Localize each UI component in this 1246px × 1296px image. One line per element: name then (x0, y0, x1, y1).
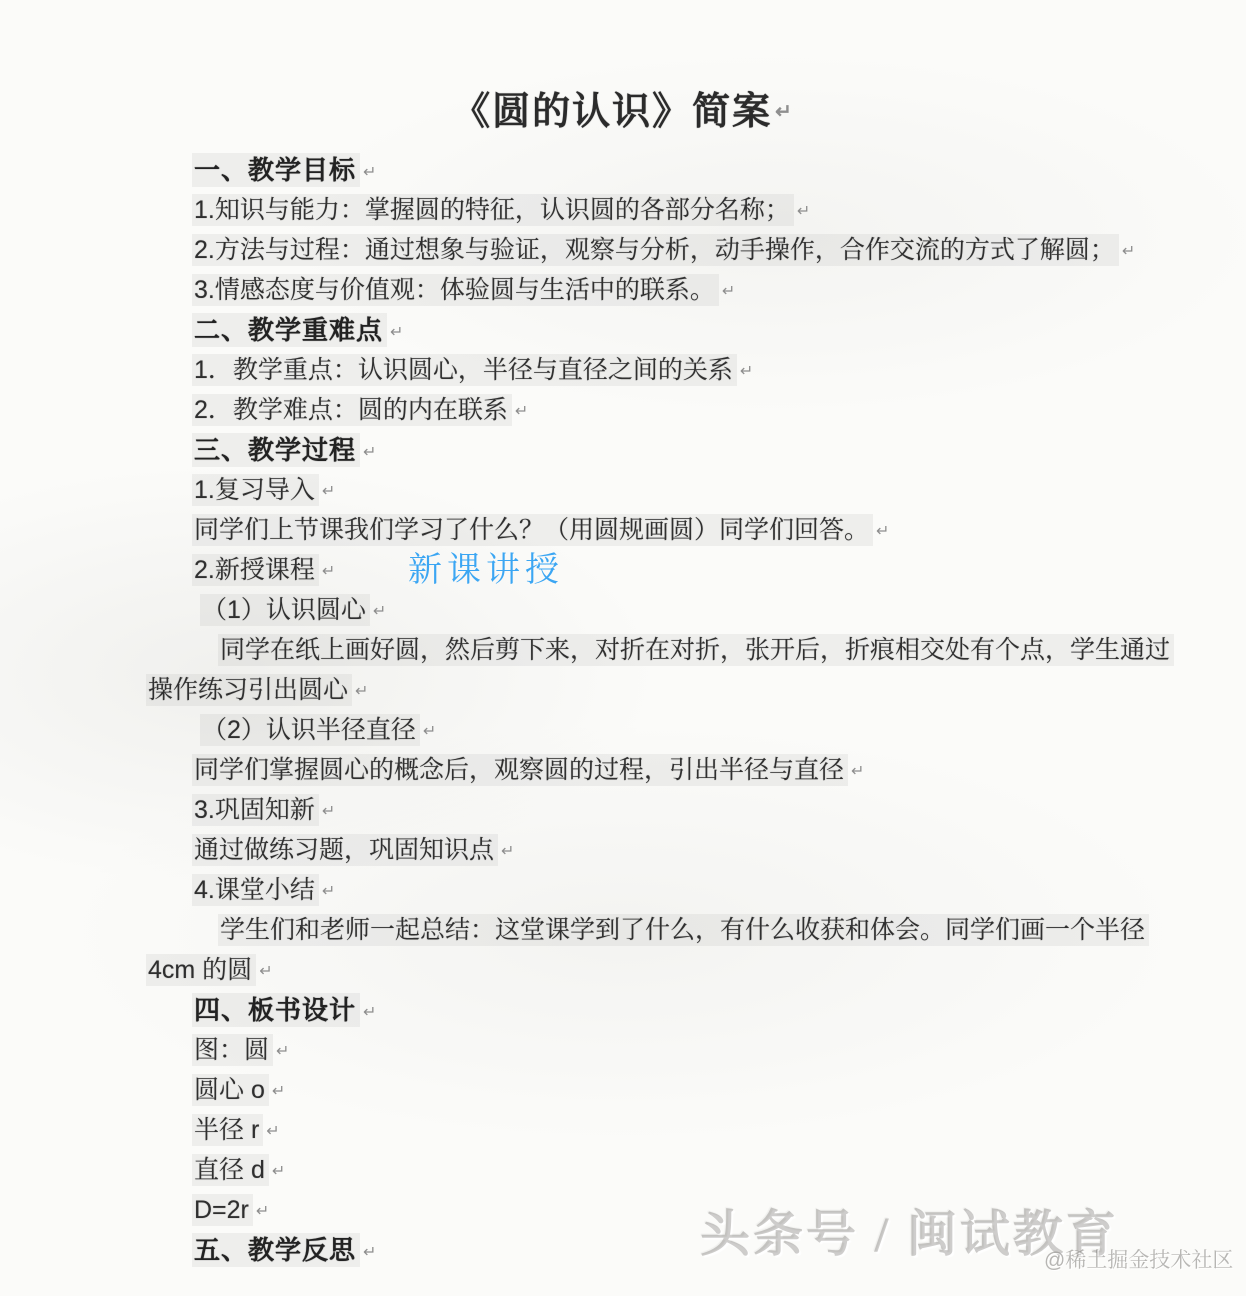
line-text: 4.课堂小结 (192, 874, 319, 906)
line-text: 三、教学过程 (192, 433, 360, 467)
document-text-line: 4cm 的圆↵ (0, 950, 1246, 990)
paragraph-mark-icon: ↵ (272, 1083, 285, 1100)
blue-annotation-text: 新课讲授 (408, 550, 564, 590)
line-text: 图：圆 (192, 1034, 273, 1066)
line-text: 同学们上节课我们学习了什么？（用圆规画圆）同学们回答。 (192, 514, 873, 546)
line-text: 四、板书设计 (192, 993, 360, 1027)
document-text-line: 1.复习导入↵ (0, 470, 1246, 510)
paragraph-mark-icon: ↵ (363, 444, 376, 461)
document-text-line: 操作练习引出圆心↵ (0, 670, 1246, 710)
document-text-line: 4.课堂小结↵ (0, 870, 1246, 910)
line-text: 圆心 o (192, 1074, 269, 1106)
paragraph-mark-icon: ↵ (272, 1163, 285, 1180)
paragraph-mark-icon: ↵ (322, 563, 335, 580)
paragraph-mark-icon: ↵ (259, 963, 272, 980)
paragraph-mark-icon: ↵ (322, 883, 335, 900)
paragraph-mark-icon: ↵ (363, 1244, 376, 1261)
paragraph-mark-icon: ↵ (722, 283, 735, 300)
document-text-line: 图：圆↵ (0, 1030, 1246, 1070)
paragraph-mark-icon: ↵ (851, 763, 864, 780)
paragraph-mark-icon: ↵ (373, 603, 386, 620)
document-text-line: （1）认识圆心↵ (0, 590, 1246, 630)
paragraph-mark-icon: ↵ (515, 403, 528, 420)
line-text: （2）认识半径直径 (200, 714, 420, 746)
line-text: 2.方法与过程：通过想象与验证，观察与分析，动手操作，合作交流的方式了解圆； (192, 234, 1119, 266)
document-heading-line: 四、板书设计↵ (0, 990, 1246, 1030)
paragraph-mark-icon: ↵ (363, 164, 376, 181)
document-text-line: 2.新授课程↵新课讲授 (0, 550, 1246, 590)
document-text-line: 2.方法与过程：通过想象与验证，观察与分析，动手操作，合作交流的方式了解圆；↵ (0, 230, 1246, 270)
paragraph-mark-icon: ↵ (266, 1123, 279, 1140)
line-text: 五、教学反思 (192, 1233, 360, 1267)
document-heading-line: 二、教学重难点↵ (0, 310, 1246, 350)
document-heading-line: 一、教学目标↵ (0, 150, 1246, 190)
document-title-text: 《圆的认识》简案 (452, 91, 772, 133)
paragraph-mark-icon: ↵ (363, 1004, 376, 1021)
document-text-line: 学生们和老师一起总结：这堂课学到了什么，有什么收获和体会。同学们画一个半径 (0, 910, 1246, 950)
paragraph-mark-icon: ↵ (876, 523, 889, 540)
paragraph-mark-icon: ↵ (256, 1203, 269, 1220)
line-text: 1.复习导入 (192, 474, 319, 506)
line-text: 半径 r (192, 1114, 263, 1146)
document-text-line: 半径 r↵ (0, 1110, 1246, 1150)
document-text-line: 同学们上节课我们学习了什么？（用圆规画圆）同学们回答。↵ (0, 510, 1246, 550)
line-text: 同学在纸上画好圆，然后剪下来，对折在对折，张开后，折痕相交处有个点，学生通过 (218, 634, 1174, 666)
line-text: D=2r (192, 1194, 253, 1226)
document-text-line: 直径 d↵ (0, 1150, 1246, 1190)
document-text-line: 通过做练习题，巩固知识点↵ (0, 830, 1246, 870)
line-text: 3.情感态度与价值观：体验圆与生活中的联系。 (192, 274, 719, 306)
line-text: 一、教学目标 (192, 153, 360, 187)
watermark-corner: @稀土掘金技术社区 (1044, 1244, 1233, 1274)
line-text: 二、教学重难点 (192, 313, 387, 347)
paragraph-mark-icon: ↵ (423, 723, 436, 740)
document-text-line: 3.巩固知新↵ (0, 790, 1246, 830)
document-heading-line: 三、教学过程↵ (0, 430, 1246, 470)
line-text: 通过做练习题，巩固知识点 (192, 834, 498, 866)
document-text-line: 3.情感态度与价值观：体验圆与生活中的联系。↵ (0, 270, 1246, 310)
document-text-line: （2）认识半径直径↵ (0, 710, 1246, 750)
line-text: 同学们掌握圆心的概念后，观察圆的过程，引出半径与直径 (192, 754, 848, 786)
line-text: 1．教学重点：认识圆心，半径与直径之间的关系 (192, 354, 737, 386)
document-body: 一、教学目标↵1.知识与能力：掌握圆的特征，认识圆的各部分名称；↵2.方法与过程… (0, 150, 1246, 1270)
document-text-line: 1.知识与能力：掌握圆的特征，认识圆的各部分名称；↵ (0, 190, 1246, 230)
paragraph-mark-icon: ↵ (390, 324, 403, 341)
document-text-line: 同学在纸上画好圆，然后剪下来，对折在对折，张开后，折痕相交处有个点，学生通过 (0, 630, 1246, 670)
document-title: 《圆的认识》简案↵ (0, 80, 1246, 135)
paragraph-mark-icon: ↵ (775, 101, 794, 123)
paragraph-mark-icon: ↵ (322, 803, 335, 820)
line-text: 直径 d (192, 1154, 269, 1186)
line-text: 1.知识与能力：掌握圆的特征，认识圆的各部分名称； (192, 194, 794, 226)
paragraph-mark-icon: ↵ (276, 1043, 289, 1060)
paragraph-mark-icon: ↵ (740, 363, 753, 380)
document-text-line: 2．教学难点：圆的内在联系↵ (0, 390, 1246, 430)
paragraph-mark-icon: ↵ (797, 203, 810, 220)
line-text: 2．教学难点：圆的内在联系 (192, 394, 512, 426)
line-text: 2.新授课程 (192, 554, 319, 586)
paragraph-mark-icon: ↵ (501, 843, 514, 860)
line-text: 4cm 的圆 (146, 954, 256, 986)
paragraph-mark-icon: ↵ (1122, 243, 1135, 260)
line-text: 操作练习引出圆心 (146, 674, 352, 706)
line-text: （1）认识圆心 (200, 594, 370, 626)
paragraph-mark-icon: ↵ (355, 683, 368, 700)
paragraph-mark-icon: ↵ (322, 483, 335, 500)
line-text: 学生们和老师一起总结：这堂课学到了什么，有什么收获和体会。同学们画一个半径 (218, 914, 1149, 946)
line-text: 3.巩固知新 (192, 794, 319, 826)
document-text-line: 1．教学重点：认识圆心，半径与直径之间的关系↵ (0, 350, 1246, 390)
document-text-line: 同学们掌握圆心的概念后，观察圆的过程，引出半径与直径↵ (0, 750, 1246, 790)
document-text-line: 圆心 o↵ (0, 1070, 1246, 1110)
